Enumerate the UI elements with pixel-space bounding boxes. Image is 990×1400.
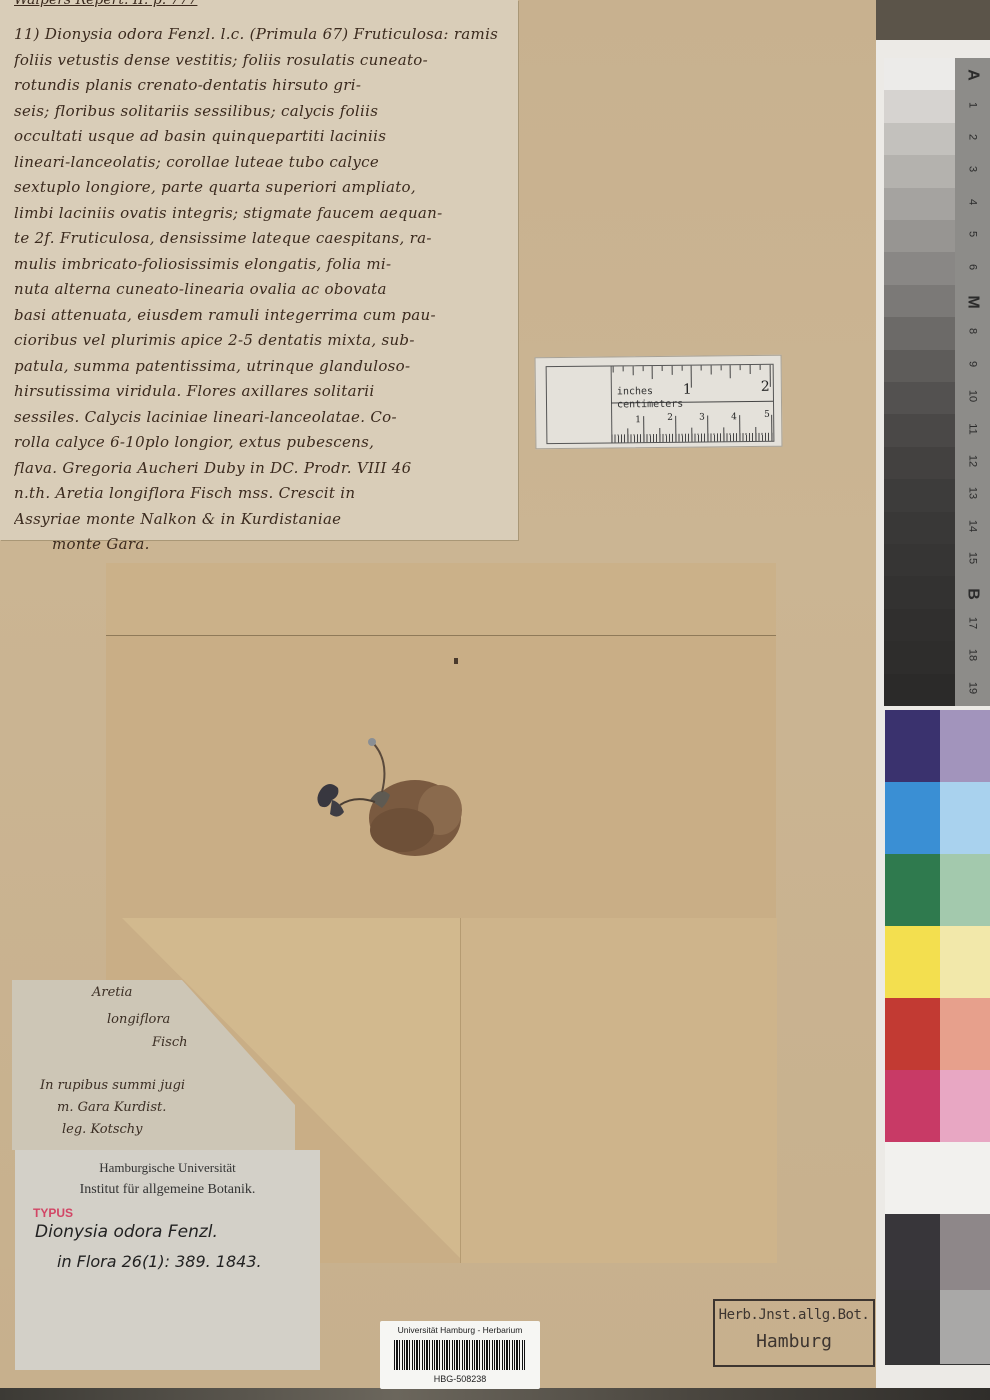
gray-step — [884, 188, 955, 221]
color-swatch — [940, 710, 990, 783]
text-line: limbi laciniis ovatis integris; stigmate… — [14, 201, 508, 227]
inches-label: inches — [617, 386, 653, 397]
gray-step — [884, 544, 955, 577]
color-swatch — [885, 1070, 941, 1143]
barcode-title: Universität Hamburg - Herbarium — [380, 1325, 540, 1335]
publication-reference: in Flora 26(1): 389. 1843. — [57, 1252, 262, 1271]
gray-step — [884, 350, 955, 383]
text-line: cioribus vel plurimis apice 2-5 dentatis… — [14, 328, 508, 354]
inch-mark: 2 — [761, 379, 770, 395]
color-swatch — [940, 998, 990, 1071]
gray-step-label: 12 — [967, 444, 979, 479]
text-line: n.th. Aretia longiflora Fisch mss. Cresc… — [14, 481, 508, 507]
label-header: Walpers Repert. II. p. 777 — [14, 0, 197, 8]
gray-step — [884, 512, 955, 545]
herbarium-stamp: Herb.Jnst.allg.Bot. Hamburg — [713, 1299, 875, 1367]
gray-step — [884, 447, 955, 480]
gray-step-label: 15 — [967, 541, 979, 576]
gray-step — [884, 317, 955, 350]
text-line: rolla calyce 6-10plo longior, extus pube… — [14, 430, 508, 456]
text-line: flava. Gregoria Aucheri Duby in DC. Prod… — [14, 456, 508, 482]
gray-step — [884, 285, 955, 318]
label-line: leg. Kotschy — [62, 1122, 143, 1137]
color-swatch — [940, 854, 990, 927]
color-swatch — [885, 710, 941, 783]
text-line: 11) Dionysia odora Fenzl. l.c. (Primula … — [14, 22, 508, 48]
text-line: occultati usque ad basin quinquepartiti … — [14, 124, 508, 150]
gray-step — [884, 58, 955, 91]
gray-step — [884, 382, 955, 415]
gray-step — [884, 674, 955, 707]
text-line: sessiles. Calycis laciniae lineari-lance… — [14, 405, 508, 431]
text-line: lineari-lanceolatis; corollae luteae tub… — [14, 150, 508, 176]
text-line: foliis vetustis dense vestitis; foliis r… — [14, 48, 508, 74]
gray-step-label: 14 — [967, 508, 979, 543]
color-swatch — [885, 1214, 941, 1291]
color-swatch — [885, 854, 941, 927]
label-line: longiflora — [107, 1012, 170, 1027]
label-line: In rupibus summi jugi — [40, 1078, 185, 1093]
gray-step-label: 8 — [967, 314, 979, 349]
text-line: sextuplo longiore, parte quarta superior… — [14, 175, 508, 201]
gray-step — [884, 90, 955, 123]
gray-step — [884, 609, 955, 642]
institution-label: Hamburgische Universität Institut für al… — [15, 1150, 320, 1370]
text-line: rotundis planis crenato-dentatis hirsuto… — [14, 73, 508, 99]
text-line: monte Gara. — [14, 532, 508, 558]
text-line: hirsutissima viridula. Flores axillares … — [14, 379, 508, 405]
ruler-blank-area — [547, 366, 613, 443]
gray-step-label: 4 — [967, 184, 979, 219]
packet-mark — [454, 658, 458, 664]
gray-step-label: 5 — [967, 217, 979, 252]
text-line: Assyriae monte Nalkon & in Kurdistaniae — [14, 507, 508, 533]
cm-mark: 2 — [667, 413, 673, 423]
barcode-label: Universität Hamburg - Herbarium HBG-5082… — [380, 1321, 540, 1389]
text-line: te 2f. Fruticulosa, densissime lateque c… — [14, 226, 508, 252]
description-text: 11) Dionysia odora Fenzl. l.c. (Primula … — [14, 22, 508, 558]
gray-scale-labels: A123456M89101112131415B171819 — [955, 58, 990, 706]
color-swatch — [885, 1142, 940, 1214]
handwritten-description-label: Walpers Repert. II. p. 777 11) Dionysia … — [0, 0, 518, 540]
gray-step-label: 18 — [967, 638, 979, 673]
gray-step-label: 10 — [967, 379, 979, 414]
taxon-name: Dionysia odora Fenzl. — [35, 1222, 218, 1242]
color-swatch — [940, 1214, 990, 1291]
text-line: basi attenuata, eiusdem ramuli integerri… — [14, 303, 508, 329]
gray-step-label: 3 — [967, 152, 979, 187]
centimeters-label: centimeters — [617, 399, 683, 411]
color-swatch — [885, 782, 941, 855]
typus-stamp: TYPUS — [33, 1206, 73, 1220]
stamp-line-1: Herb.Jnst.allg.Bot. — [715, 1307, 873, 1323]
label-line: m. Gara Kurdist. — [57, 1100, 166, 1115]
gray-step — [884, 479, 955, 512]
color-swatch — [885, 1290, 941, 1365]
label-line: Fisch — [152, 1035, 188, 1050]
gray-step-label: 17 — [967, 606, 979, 641]
dried-plant-specimen — [310, 730, 470, 860]
cm-mark: 4 — [731, 412, 737, 422]
gray-step-label: 9 — [967, 346, 979, 381]
color-swatch — [940, 1142, 990, 1214]
label-line: Aretia — [92, 985, 132, 1000]
text-line: patula, summa patentissima, utrinque gla… — [14, 354, 508, 380]
gray-step-label: 6 — [967, 249, 979, 284]
institute-name: Institut für allgemeine Botanik. — [15, 1182, 320, 1198]
gray-step — [884, 155, 955, 188]
color-swatch — [885, 926, 941, 999]
color-swatch — [940, 926, 990, 999]
text-line: nuta alterna cuneato-linearia ovalia ac … — [14, 277, 508, 303]
gray-step — [884, 220, 955, 253]
gray-step — [884, 641, 955, 674]
color-swatch — [940, 1290, 990, 1365]
gray-step — [884, 576, 955, 609]
university-name: Hamburgische Universität — [15, 1160, 320, 1176]
barcode-number: HBG-508238 — [380, 1374, 540, 1384]
color-swatch — [940, 782, 990, 855]
gray-scale-strip — [884, 58, 955, 706]
text-line: mulis imbricato-foliosissimis elongatis,… — [14, 252, 508, 278]
stamp-line-2: Hamburg — [715, 1331, 873, 1352]
scale-ruler: inches 1 2 centimeters 1 2 3 — [535, 355, 783, 450]
gray-step-label: 1 — [967, 87, 979, 122]
gray-step-label: 2 — [967, 120, 979, 155]
gray-step-label: 11 — [967, 411, 979, 446]
gray-step-label: 19 — [967, 670, 979, 705]
scanner-background — [0, 1388, 990, 1400]
text-line: seis; floribus solitariis sessilibus; ca… — [14, 99, 508, 125]
gray-step — [884, 252, 955, 285]
gray-step-label: 13 — [967, 476, 979, 511]
inch-scale: inches 1 2 — [611, 365, 773, 404]
color-swatch — [885, 998, 941, 1071]
gray-step — [884, 123, 955, 156]
color-swatch — [940, 1070, 990, 1143]
packet-lower-panel — [460, 918, 777, 1263]
gray-step — [884, 414, 955, 447]
centimeter-scale: centimeters 1 2 3 4 5 — [611, 402, 773, 443]
barcode-icon — [394, 1340, 526, 1370]
cm-mark: 3 — [699, 413, 705, 423]
cm-mark: 5 — [764, 410, 770, 420]
cm-mark: 1 — [635, 415, 641, 425]
packet-top-flap — [106, 563, 776, 636]
